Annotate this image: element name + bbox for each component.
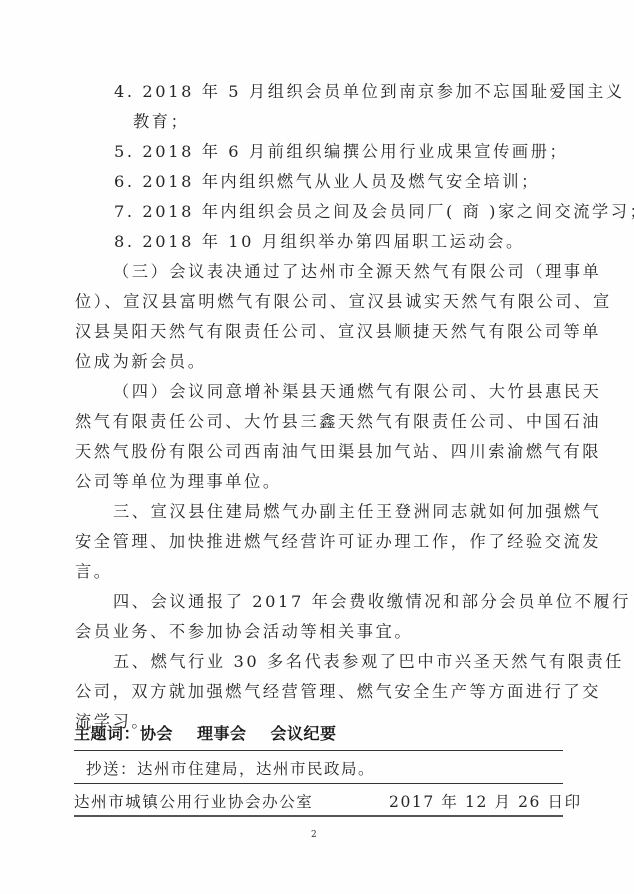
keyword-association: 协会 bbox=[140, 721, 173, 744]
paragraph-3-line-2: 位）、宣汉县富明燃气有限公司、宣汉县诚实天然气有限公司、宣 bbox=[75, 292, 612, 312]
keywords-line: 主题词：协会理事会会议纪要 bbox=[74, 721, 337, 744]
section-5-line-2: 公司，双方就加强燃气经营管理、燃气安全生产等方面进行了交 bbox=[75, 682, 601, 702]
section-3-line-2: 安全管理、加快推进燃气经营许可证办理工作，作了经验交流发 bbox=[75, 532, 601, 552]
paragraph-4-line-3: 天然气股份有限公司西南油气田渠县加气站、四川索渝燃气有限 bbox=[75, 442, 601, 462]
section-3-line-3: 言。 bbox=[75, 562, 113, 582]
print-date: 2017 年 12 月 26 日印 bbox=[389, 790, 582, 812]
footer-rule-middle bbox=[74, 783, 563, 784]
page-number: 2 bbox=[311, 830, 317, 840]
paragraph-4-line-1: （四）会议同意增补渠县天通燃气有限公司、大竹县惠民天 bbox=[113, 382, 601, 402]
keyword-council: 理事会 bbox=[197, 721, 247, 744]
list-item-4-line-2: 教育； bbox=[133, 112, 189, 132]
paragraph-4-line-4: 公司等单位为理事单位。 bbox=[75, 472, 282, 492]
footer-rule-top bbox=[74, 750, 563, 751]
paragraph-3-line-4: 位成为新会员。 bbox=[75, 352, 207, 372]
section-4-line-1: 四、会议通报了 2017 年会费收缴情况和部分会员单位不履行 bbox=[113, 592, 631, 612]
cc-line: 抄送：达州市住建局，达州市民政局。 bbox=[86, 757, 375, 779]
paragraph-3-line-1: （三）会议表决通过了达州市全源天然气有限公司（理事单 bbox=[113, 262, 601, 282]
list-item-6: 6. 2018 年内组织燃气从业人员及燃气安全培训； bbox=[114, 172, 540, 192]
list-item-5: 5. 2018 年 6 月前组织编撰公用行业成果宣传画册； bbox=[114, 142, 568, 162]
list-item-8: 8. 2018 年 10 月组织举办第四届职工运动会。 bbox=[114, 232, 525, 252]
section-5-line-1: 五、燃气行业 30 多名代表参观了巴中市兴圣天然气有限责任 bbox=[113, 652, 624, 672]
section-3-line-1: 三、宣汉县住建局燃气办副主任王登洲同志就如何加强燃气 bbox=[113, 502, 601, 522]
issuer: 达州市城镇公用行业协会办公室 bbox=[74, 790, 313, 812]
paragraph-4-line-2: 然气有限责任公司、大竹县三鑫天然气有限责任公司、中国石油 bbox=[75, 412, 601, 432]
list-item-7: 7. 2018 年内组织会员之间及会员同厂( 商 )家之间交流学习； bbox=[114, 202, 634, 222]
keywords-label: 主题词： bbox=[74, 721, 140, 744]
footer-rule-bottom bbox=[74, 815, 563, 817]
list-item-4-line-1: 4. 2018 年 5 月组织会员单位到南京参加不忘国耻爱国主义 bbox=[114, 82, 625, 102]
keyword-minutes: 会议纪要 bbox=[271, 721, 337, 744]
section-4-line-2: 会员业务、不参加协会活动等相关事宜。 bbox=[75, 622, 413, 642]
paragraph-3-line-3: 汉县昊阳天然气有限责任公司、宣汉县顺捷天然气有限公司等单 bbox=[75, 322, 601, 342]
